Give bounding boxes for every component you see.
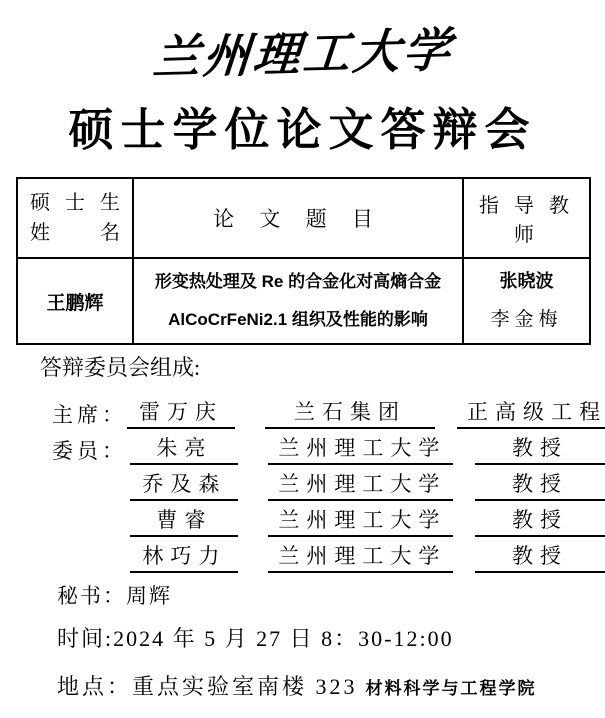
member-title: 正高级工程师	[457, 396, 605, 429]
time-label: 时间:	[57, 626, 113, 651]
location-value: 重点实验室南楼 323	[132, 674, 358, 699]
member-title: 教授	[475, 540, 605, 573]
department-name: 材料科学与工程学院	[366, 679, 537, 698]
defense-info-table: 硕 士 生 姓 名 论 文 题 目 指 导 教 师 王鹏辉 形变热处理及 Re …	[16, 177, 591, 345]
header-cell-advisor: 指 导 教 师	[463, 178, 590, 258]
location-label: 地点：	[57, 674, 132, 699]
cell-thesis-title: 形变热处理及 Re 的合金化对高熵合金 AlCoCrFeNi2.1 组织及性能的…	[133, 258, 463, 344]
thesis-title-line2: AlCoCrFeNi2.1 组织及性能的影响	[134, 301, 462, 339]
member-organization: 兰州理工大学	[268, 432, 453, 465]
header-cell-student-name: 硕 士 生 姓 名	[17, 178, 133, 258]
table-data-row: 王鹏辉 形变热处理及 Re 的合金化对高熵合金 AlCoCrFeNi2.1 组织…	[17, 258, 590, 344]
committee-row-chair: 主席： 雷万庆 兰石集团 正高级工程师	[52, 393, 605, 429]
secretary-name: 周辉	[126, 584, 172, 608]
member-organization: 兰州理工大学	[268, 468, 453, 501]
role-label: 主席：	[52, 399, 127, 429]
secretary-label: 秘书：	[57, 584, 126, 608]
advisor-name-1: 张晓波	[464, 262, 589, 300]
time-line: 时间:2024 年 5 月 27 日 8：30-12:00	[57, 622, 605, 653]
member-name: 雷万庆	[127, 396, 235, 429]
committee-row-member: 乔及森 兰州理工大学 教授	[52, 465, 605, 501]
member-organization: 兰州理工大学	[268, 540, 453, 573]
header-cell-thesis-title: 论 文 题 目	[133, 178, 463, 258]
university-logo-calligraphy: 兰州理工大学	[150, 16, 455, 94]
secretary-line: 秘书：周辉	[57, 580, 605, 610]
role-label: 委员：	[52, 435, 130, 465]
member-name: 乔及森	[130, 468, 238, 501]
table-header-row: 硕 士 生 姓 名 论 文 题 目 指 导 教 师	[17, 178, 590, 258]
thesis-title-line1: 形变热处理及 Re 的合金化对高熵合金	[134, 263, 462, 301]
student-name-header: 硕 士 生 姓 名	[18, 188, 132, 248]
member-title: 教授	[475, 504, 605, 537]
committee-row-member: 委员： 朱亮 兰州理工大学 教授	[52, 429, 605, 465]
member-organization: 兰石集团	[265, 396, 435, 429]
committee-list: 主席： 雷万庆 兰石集团 正高级工程师 委员： 朱亮 兰州理工大学 教授 乔及森…	[52, 393, 605, 573]
committee-row-member: 曹睿 兰州理工大学 教授	[52, 501, 605, 537]
member-name: 林巧力	[130, 540, 238, 573]
cell-advisors: 张晓波 李金梅	[463, 258, 590, 344]
logo-container: 兰州理工大学	[0, 0, 605, 94]
advisor-name-2: 李金梅	[464, 300, 589, 340]
defense-announcement-page: 兰州理工大学 硕士学位论文答辩会 硕 士 生 姓 名 论 文 题 目	[0, 0, 605, 718]
cell-student-name: 王鹏辉	[17, 258, 133, 344]
member-title: 教授	[475, 468, 605, 501]
committee-heading: 答辩委员会组成:	[40, 355, 605, 381]
page-title: 硕士学位论文答辩会	[0, 104, 605, 156]
member-organization: 兰州理工大学	[268, 504, 453, 537]
member-name: 朱亮	[130, 432, 238, 465]
student-name: 王鹏辉	[46, 293, 103, 314]
location-line: 地点：重点实验室南楼 323材料科学与工程学院	[57, 670, 605, 701]
member-name: 曹睿	[130, 504, 238, 537]
committee-row-member: 林巧力 兰州理工大学 教授	[52, 537, 605, 573]
time-value: 2024 年 5 月 27 日 8：30-12:00	[113, 626, 453, 651]
member-title: 教授	[475, 432, 605, 465]
